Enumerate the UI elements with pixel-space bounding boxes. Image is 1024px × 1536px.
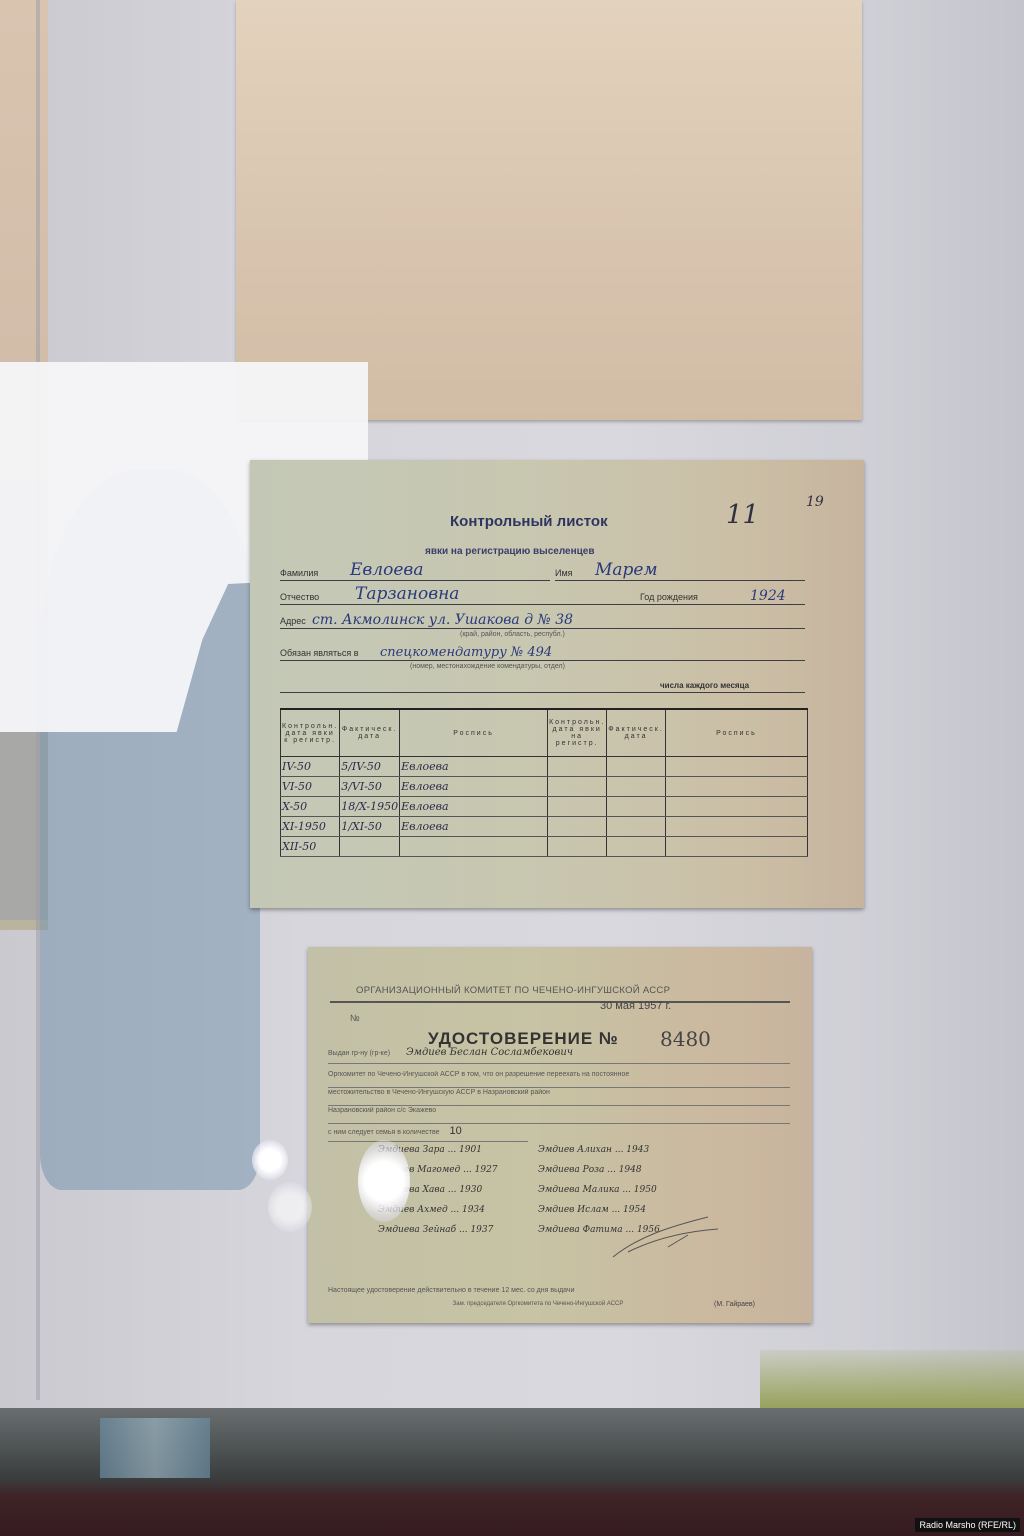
corner-mark: 11: [726, 500, 759, 530]
frame-reflection: [100, 1418, 210, 1478]
corner-mark: 19: [806, 494, 824, 510]
issued-to-value: Эмдиев Беслан Сосламбекович: [406, 1047, 573, 1058]
attendance-table: Контрольн. дата явки к регистр. Фактичес…: [280, 708, 808, 857]
validity-note: Настоящее удостоверение действительно в …: [328, 1287, 574, 1294]
moss-decoration: [760, 1350, 1024, 1408]
family-member: Эмдиева Роза ... 1948: [538, 1165, 642, 1175]
schedule-field: числа каждого месяца: [280, 672, 805, 693]
family-count-line: с ним следует семья в количестве 10: [328, 1125, 528, 1142]
certificate-document: ОРГАНИЗАЦИОННЫЙ КОМИТЕТ ПО ЧЕЧЕНО-ИНГУШС…: [308, 947, 812, 1323]
light-reflection: [268, 1182, 312, 1232]
signer-name: (М. Гайраев): [714, 1301, 755, 1308]
certificate-title: УДОСТОВЕРЕНИЕ №: [428, 1029, 619, 1049]
control-sheet-document: 11 19 Контрольный листок явки на регистр…: [250, 460, 864, 908]
patronymic-field: Отчество Тарзановна Год рождения 1924: [280, 584, 805, 605]
table-row: X-5018/X-1950Евлоева: [281, 797, 808, 817]
table-row: IV-505/IV-50Евлоева: [281, 757, 808, 777]
certificate-date: 30 мая 1957 г.: [600, 1000, 671, 1012]
surname-value: Евлоева: [350, 560, 423, 580]
name-field: Имя Марем: [555, 560, 805, 581]
birth-year-value: 1924: [750, 588, 786, 604]
document-subtitle: явки на регистрацию выселенцев: [425, 546, 595, 557]
family-member: Эмдиева Зейнаб ... 1937: [378, 1225, 493, 1235]
surname-field: Фамилия Евлоева: [280, 560, 550, 581]
address-value: ст. Акмолинск ул. Ушакова д № 38: [312, 612, 573, 628]
table-row: VI-503/VI-50Евлоева: [281, 777, 808, 797]
blank-document-top: [236, 0, 862, 420]
name-value: Марем: [595, 560, 658, 580]
report-to-value: спецкомендатуру № 494: [380, 645, 552, 660]
family-member: Эмдиев Алихан ... 1943: [538, 1145, 649, 1155]
divider: [330, 1001, 790, 1003]
address-field: Адрес ст. Акмолинск ул. Ушакова д № 38: [280, 608, 805, 629]
patronymic-value: Тарзановна: [355, 584, 459, 604]
photo-credit: Radio Marsho (RFE/RL): [915, 1518, 1020, 1532]
family-count: 10: [449, 1125, 461, 1137]
issued-to-line: Выдан гр-ну (гр-ке) Эмдиев Беслан Сослам…: [328, 1047, 790, 1064]
light-reflection: [252, 1140, 288, 1180]
table-row: XII-50: [281, 837, 808, 857]
table-row: XI-19501/XI-50Евлоева: [281, 817, 808, 837]
report-to-field: Обязан являться в спецкомендатуру № 494: [280, 640, 805, 661]
signature-scribble: [608, 1207, 728, 1267]
issuing-organization: ОРГАНИЗАЦИОННЫЙ КОМИТЕТ ПО ЧЕЧЕНО-ИНГУШС…: [356, 985, 670, 996]
light-reflection: [358, 1140, 410, 1222]
signer-title: Зам. председателя Оргкомитета по Чечено-…: [448, 1301, 628, 1307]
document-title: Контрольный листок: [450, 513, 608, 530]
family-member: Эмдиева Малика ... 1950: [538, 1185, 657, 1195]
